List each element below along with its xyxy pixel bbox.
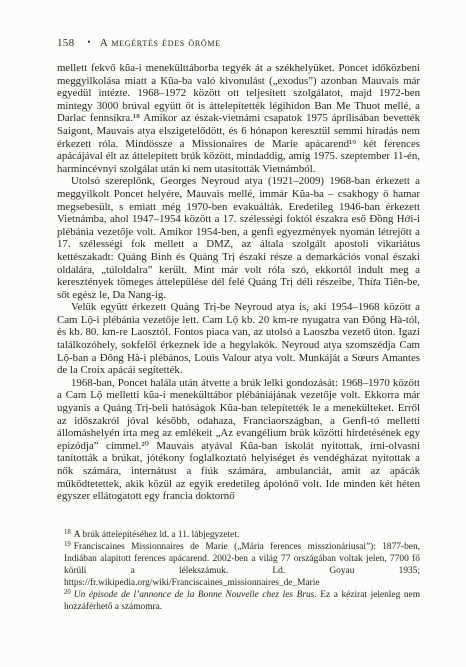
footnote: 20Un épisode de l’annonce de la Bonne No… (64, 589, 420, 613)
footnote-text: A brúk áttelepítéséhez ld. a 11. lábjegy… (74, 530, 239, 540)
footnote-marker: 19 (64, 541, 71, 548)
paragraph: Utolsó szereplőnk, Georges Neyroud atya … (57, 175, 420, 301)
paragraph: 1968-ban, Poncet halála után átvette a b… (57, 377, 420, 503)
footnote-marker: 20 (64, 589, 71, 596)
body-text: mellett fekvő kũa-i menekülttáborba tegy… (57, 62, 420, 503)
paragraph: Velük együtt érkezett Quảng Trị-be Neyro… (57, 301, 420, 377)
running-header: 158 • A megértés édes öröme (57, 37, 420, 49)
page-number: 158 (57, 37, 74, 49)
header-bullet-separator: • (87, 37, 90, 47)
book-page: 158 • A megértés édes öröme mellett fekv… (0, 0, 466, 667)
footnote: 18A brúk áttelepítéséhez ld. a 11. lábje… (64, 529, 420, 541)
footnote: 19Franciscaines Missionnaires de Marie (… (64, 541, 420, 589)
running-title: A megértés édes öröme (100, 37, 221, 49)
footnote-marker: 18 (64, 529, 71, 536)
footnotes-section: 18A brúk áttelepítéséhez ld. a 11. lábje… (64, 529, 420, 613)
paragraph-continuation: mellett fekvő kũa-i menekülttáborba tegy… (57, 62, 420, 175)
footnote-text-italic: Un épisode de l’annonce de la Bonne Nouv… (74, 590, 317, 600)
footnote-text: Franciscaines Missionnaires de Marie („M… (64, 542, 420, 588)
